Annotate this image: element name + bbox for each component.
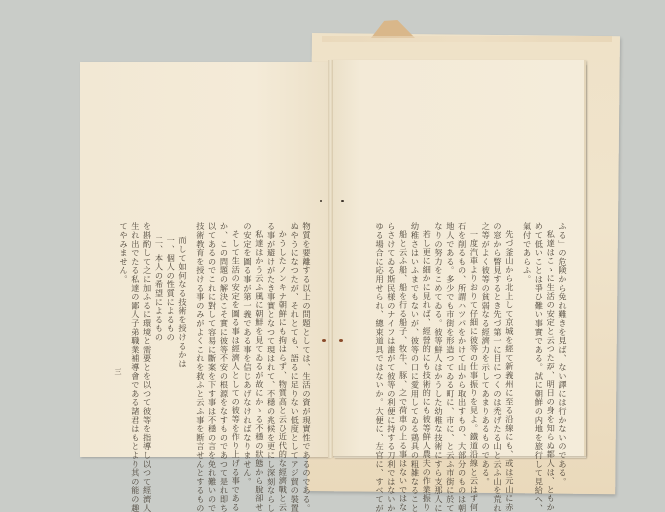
- text-column: ぬやうになつたが、それとても、語るに足りない低度としてアジ貿の裝置に至るでゐるの…: [288, 222, 300, 462]
- text-column: そして生活の安定を圖る事は經濟人としての彼等を作り上げる事である。然らば如何にし…: [229, 222, 241, 462]
- text-column: の安定を圖る事が第一義である事を信じあげなければなりません。: [241, 222, 253, 462]
- text-column: 技術教育を授ける事のみがよくこれを救ふと云ふ事を断言せんとするものである。: [194, 222, 206, 462]
- page-number: 三: [113, 368, 123, 375]
- page-number: 二: [545, 362, 555, 369]
- text-column: 幼稚さはいふまでもないが、彼等の口に愛用してゐる鶏具の粗雑なることに一驚を喫する…: [409, 222, 421, 452]
- binding-staple-mark: [339, 339, 343, 342]
- text-column: の窓から瞥見するとき先づ第一に目につくのは禿げたる山と云ふ山を荒れたる野と云ふ野…: [491, 222, 503, 452]
- text-column: 氣付であらふ。: [521, 222, 533, 452]
- backing-paper-top-edge: [322, 36, 612, 42]
- binding-staple-mark: [322, 339, 326, 342]
- text-column: る事が避けがたき事實となつて現はれて、不穩の兆候を更にし深刻ならしめたものと思ふ…: [265, 222, 277, 462]
- right-page: ふる」の危険から免れ難きを見ば、ない譯には行かないのである。 私達はこゝに生活の…: [330, 60, 586, 456]
- list-item: 一、個人の性質によるもの: [164, 222, 176, 462]
- text-column: 若し更に細かに見れば、經營的にも技術的にも彼等鮮人農夫の作業振りを見よ。ふさ々と…: [420, 222, 432, 452]
- right-page-text: ふる」の危険から免れ難きを見ば、ない譯には行かないのである。 私達はこゝに生活の…: [373, 222, 568, 452]
- text-column: 物質を要離する以上の問題としては、生活の資が現實性であるのである。是等過程の發展…: [300, 222, 312, 462]
- binding-mark: [341, 200, 344, 202]
- text-column: 石を削るもの、所謂ハツパをかけて山から取出すもの、大部分のものは朝鮮人にあらずし…: [456, 222, 468, 452]
- text-column: てやみません。: [117, 222, 129, 462]
- text-column: 私達はかう云ふ風に朝鮮を見てゐるが故にかゝる不穩の狀態から脫卻せしむる爲めには何…: [253, 222, 265, 462]
- binding-mark: [320, 200, 322, 202]
- text-column: 生れ出でたる私達の鄙人子弟職業補導會である諸君はもとより其の能の趣意を賛み以て指…: [129, 222, 141, 462]
- left-page: 物質を要離する以上の問題としては、生活の資が現實性であるのである。是等過程の發展…: [80, 62, 330, 457]
- text-column: 先づ釜山から北上して京城を經て新義州に至る沿線にも、或は元山に赤太を網から獲れて…: [503, 222, 515, 452]
- text-column: なりの努力をこめてゐる。彼等鮮人はかうした幼稚な技術にすら支那人に劣つてゐるので…: [432, 222, 444, 452]
- text-column: ふる」の危険から免れ難きを見ば、ない譯には行かないのである。: [556, 222, 568, 452]
- text-column: 以てあるのでこれに對して容易に斷案を下す事は不穩の言を免れ難いのである。が、それ…: [206, 222, 218, 462]
- text-column: を斟酌して之に加ふるに環境と需要とを以つて彼等を指導し以つて經濟人としての立場を…: [141, 222, 153, 462]
- text-column: かうしたノンキナ朝鮮にも拘はらず、物質高と云ひ近代的な經濟戰と云ふ世界風にまで無…: [277, 222, 289, 462]
- text-column: 地人である。多少でも市街を形造つてゐる町に、市に、と云ふ市街に於て、朝に夕に、妙…: [444, 222, 456, 452]
- left-page-text: 物質を要離する以上の問題としては、生活の資が現實性であるのである。是等過程の發展…: [117, 222, 312, 462]
- text-column: 之等がよく彼等の貧弱なる經濟力を示してあまりあるものである。: [479, 222, 491, 452]
- text-column: めて低いことは爭ひ難い事實である。試に朝鮮の内地を旅行して見給へ、隨處にかうした…: [533, 222, 545, 452]
- text-column: 船と云ふ船、船を行る船子、牧牛、豚、之で荷車の上る事はないではないか。話は別とて…: [397, 222, 409, 452]
- text-column: 私達はこゝに生活の安定と云つたが、明日の身を知らぬ都人は、ともかくも、今日の鄙人…: [544, 222, 556, 452]
- text-column: か、この問題の解決こそ實に彼等不安の根源をなすものであつて是れ即ち經濟的に經營的…: [218, 222, 230, 462]
- text-column-heading: 而して如何なる技術を授けるかは: [176, 222, 188, 462]
- text-column: ゆる場合に応用せられ、總束道具ではないか。大便に、左官に、すべてがさうしたあたり…: [373, 222, 385, 452]
- text-column: らさけてゐる斯民様のナイフは誰がて彼等の利便に持する刀利ではないか。一丁の鋸、一…: [385, 222, 397, 452]
- book-gutter: [328, 60, 333, 458]
- text-column: 一度汽車よりおりて仔細に彼等の仕事振りを見よ。鐵道沿線と云はず何れも石工の働いて…: [468, 222, 480, 452]
- list-item: 二、本人の希望によるもの: [153, 222, 165, 462]
